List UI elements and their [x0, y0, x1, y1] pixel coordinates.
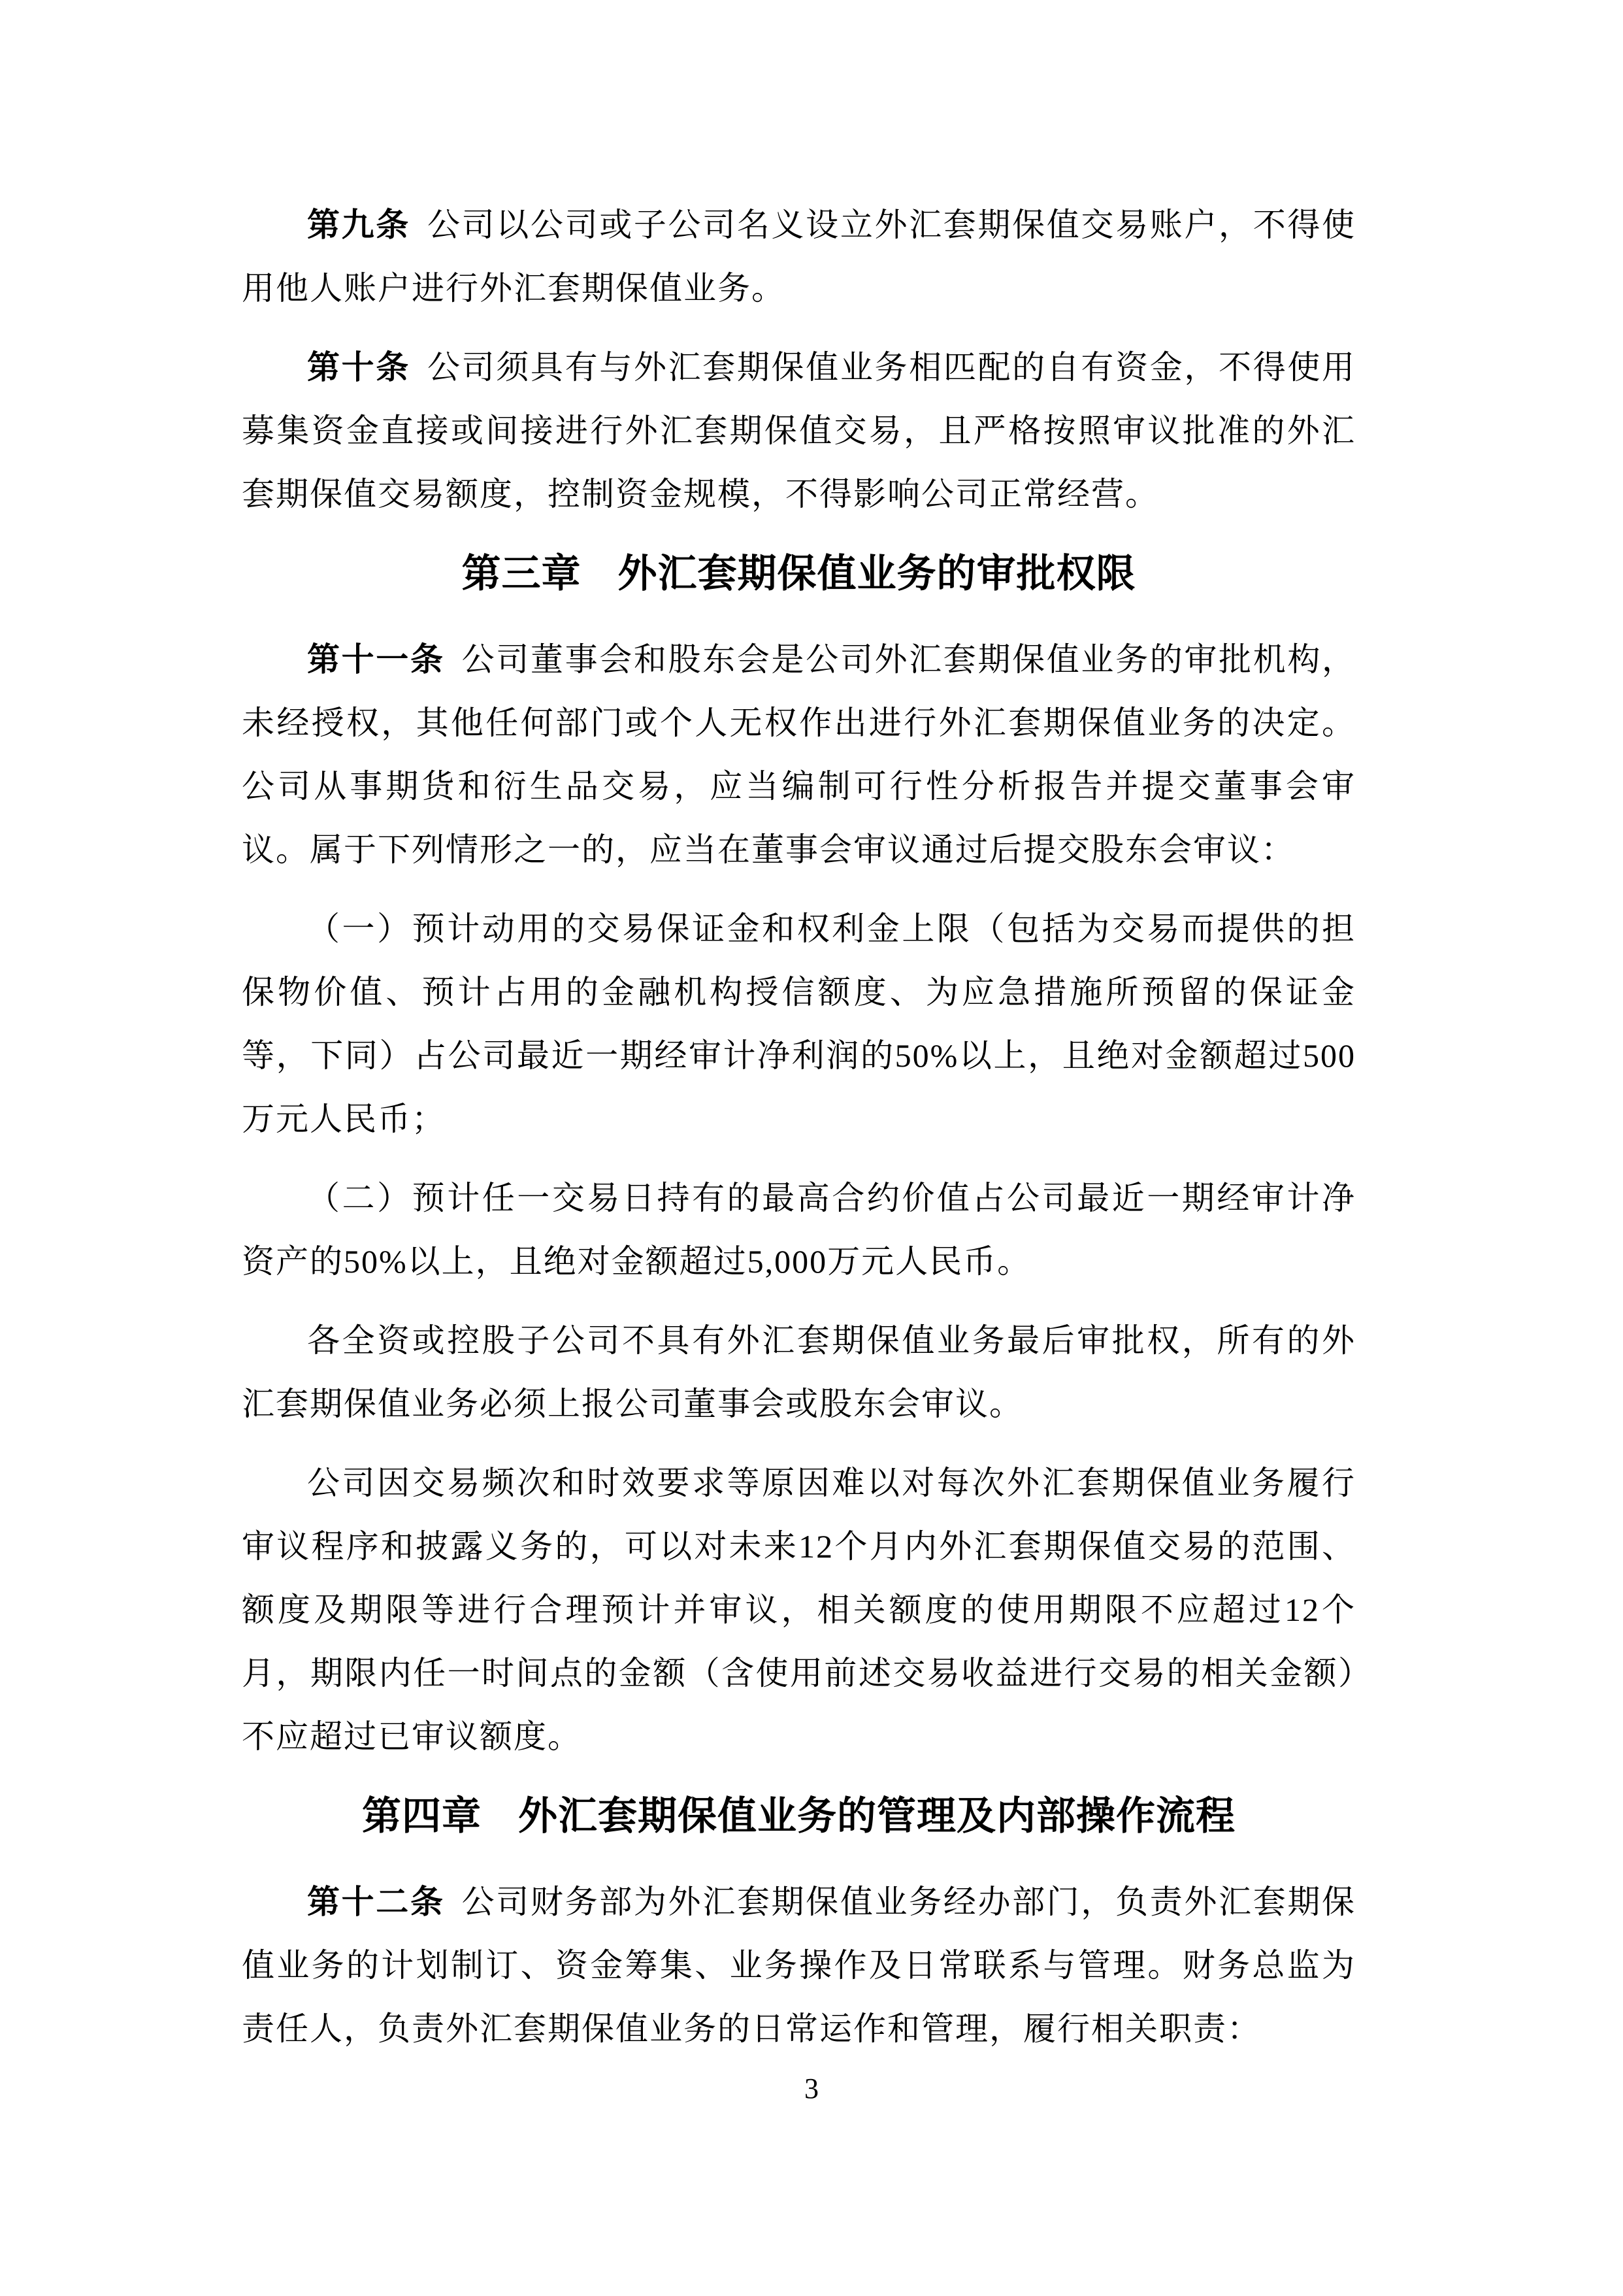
article-10-paragraph: 第十条公司须具有与外汇套期保值业务相匹配的自有资金，不得使用募集资金直接或间接进…	[242, 336, 1356, 526]
chapter-4-label: 第四章	[362, 1795, 482, 1838]
article-11-label: 第十一条	[307, 641, 445, 678]
trade-frequency-paragraph: 公司因交易频次和时效要求等原因难以对每次外汇套期保值业务履行审议程序和披露义务的…	[242, 1452, 1356, 1769]
article-9-label: 第九条	[307, 207, 410, 243]
list-item-1-text: （一）预计动用的交易保证金和权利金上限（包括为交易而提供的担保物价值、预计占用的…	[242, 910, 1356, 1137]
article-9-paragraph: 第九条公司以公司或子公司名义设立外汇套期保值交易账户，不得使用他人账户进行外汇套…	[242, 193, 1356, 320]
chapter-4-heading: 第四章外汇套期保值业务的管理及内部操作流程	[242, 1778, 1356, 1855]
article-10-label: 第十条	[307, 349, 410, 386]
list-item-2-text: （二）预计任一交易日持有的最高合约价值占公司最近一期经审计净资产的50%以上，且…	[242, 1180, 1356, 1280]
article-12-label: 第十二条	[307, 1884, 445, 1920]
chapter-4-title: 外汇套期保值业务的管理及内部操作流程	[518, 1795, 1236, 1838]
subsidiary-approval-paragraph: 各全资或控股子公司不具有外汇套期保值业务最后审批权，所有的外汇套期保值业务必须上…	[242, 1309, 1356, 1436]
subsidiary-approval-text: 各全资或控股子公司不具有外汇套期保值业务最后审批权，所有的外汇套期保值业务必须上…	[242, 1322, 1356, 1422]
trade-frequency-text: 公司因交易频次和时效要求等原因难以对每次外汇套期保值业务履行审议程序和披露义务的…	[242, 1465, 1356, 1755]
chapter-3-title: 外汇套期保值业务的审批权限	[618, 552, 1136, 595]
chapter-3-label: 第三章	[462, 552, 582, 595]
list-item-2-paragraph: （二）预计任一交易日持有的最高合约价值占公司最近一期经审计净资产的50%以上，且…	[242, 1167, 1356, 1293]
document-page: 第九条公司以公司或子公司名义设立外汇套期保值交易账户，不得使用他人账户进行外汇套…	[0, 0, 1623, 2296]
chapter-3-heading: 第三章外汇套期保值业务的审批权限	[242, 535, 1356, 612]
document-content: 第九条公司以公司或子公司名义设立外汇套期保值交易账户，不得使用他人账户进行外汇套…	[242, 193, 1356, 2061]
article-11-paragraph: 第十一条公司董事会和股东会是公司外汇套期保值业务的审批机构，未经授权，其他任何部…	[242, 628, 1356, 882]
page-number: 3	[0, 2071, 1623, 2107]
list-item-1-paragraph: （一）预计动用的交易保证金和权利金上限（包括为交易而提供的担保物价值、预计占用的…	[242, 897, 1356, 1151]
article-12-paragraph: 第十二条公司财务部为外汇套期保值业务经办部门，负责外汇套期保值业务的计划制订、资…	[242, 1871, 1356, 2061]
